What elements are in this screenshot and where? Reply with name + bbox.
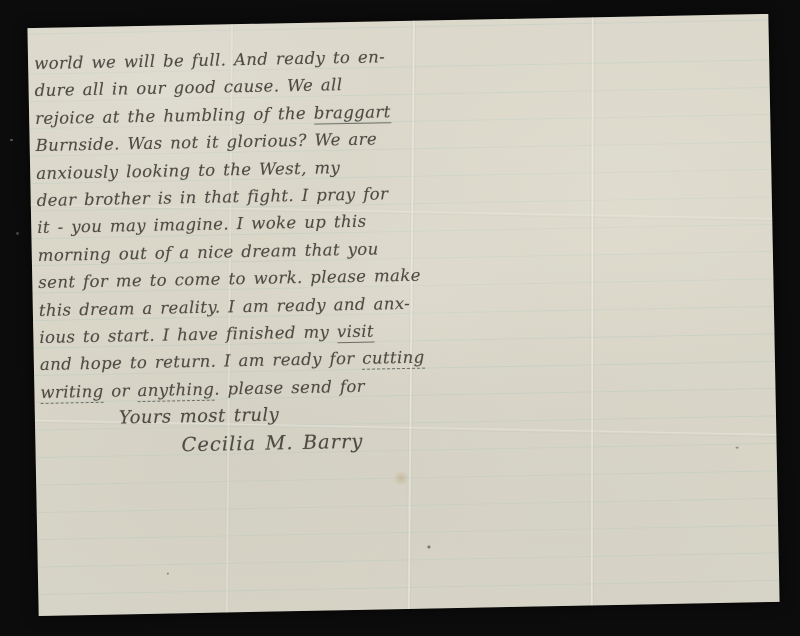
letter-text: world we will be full. And ready to en-d…: [34, 43, 434, 462]
letter-signature: Cecilia M. Barry: [181, 426, 433, 458]
letter-body: world we will be full. And ready to en-d…: [34, 43, 433, 407]
dust-speck: [10, 139, 13, 141]
paper-speck: [736, 447, 739, 449]
letter-page: world we will be full. And ready to en-d…: [27, 14, 779, 616]
dust-speck: [16, 232, 19, 235]
paper-speck: [167, 573, 169, 575]
scan-background: world we will be full. And ready to en-d…: [0, 0, 800, 636]
paper-speck: [427, 546, 430, 549]
